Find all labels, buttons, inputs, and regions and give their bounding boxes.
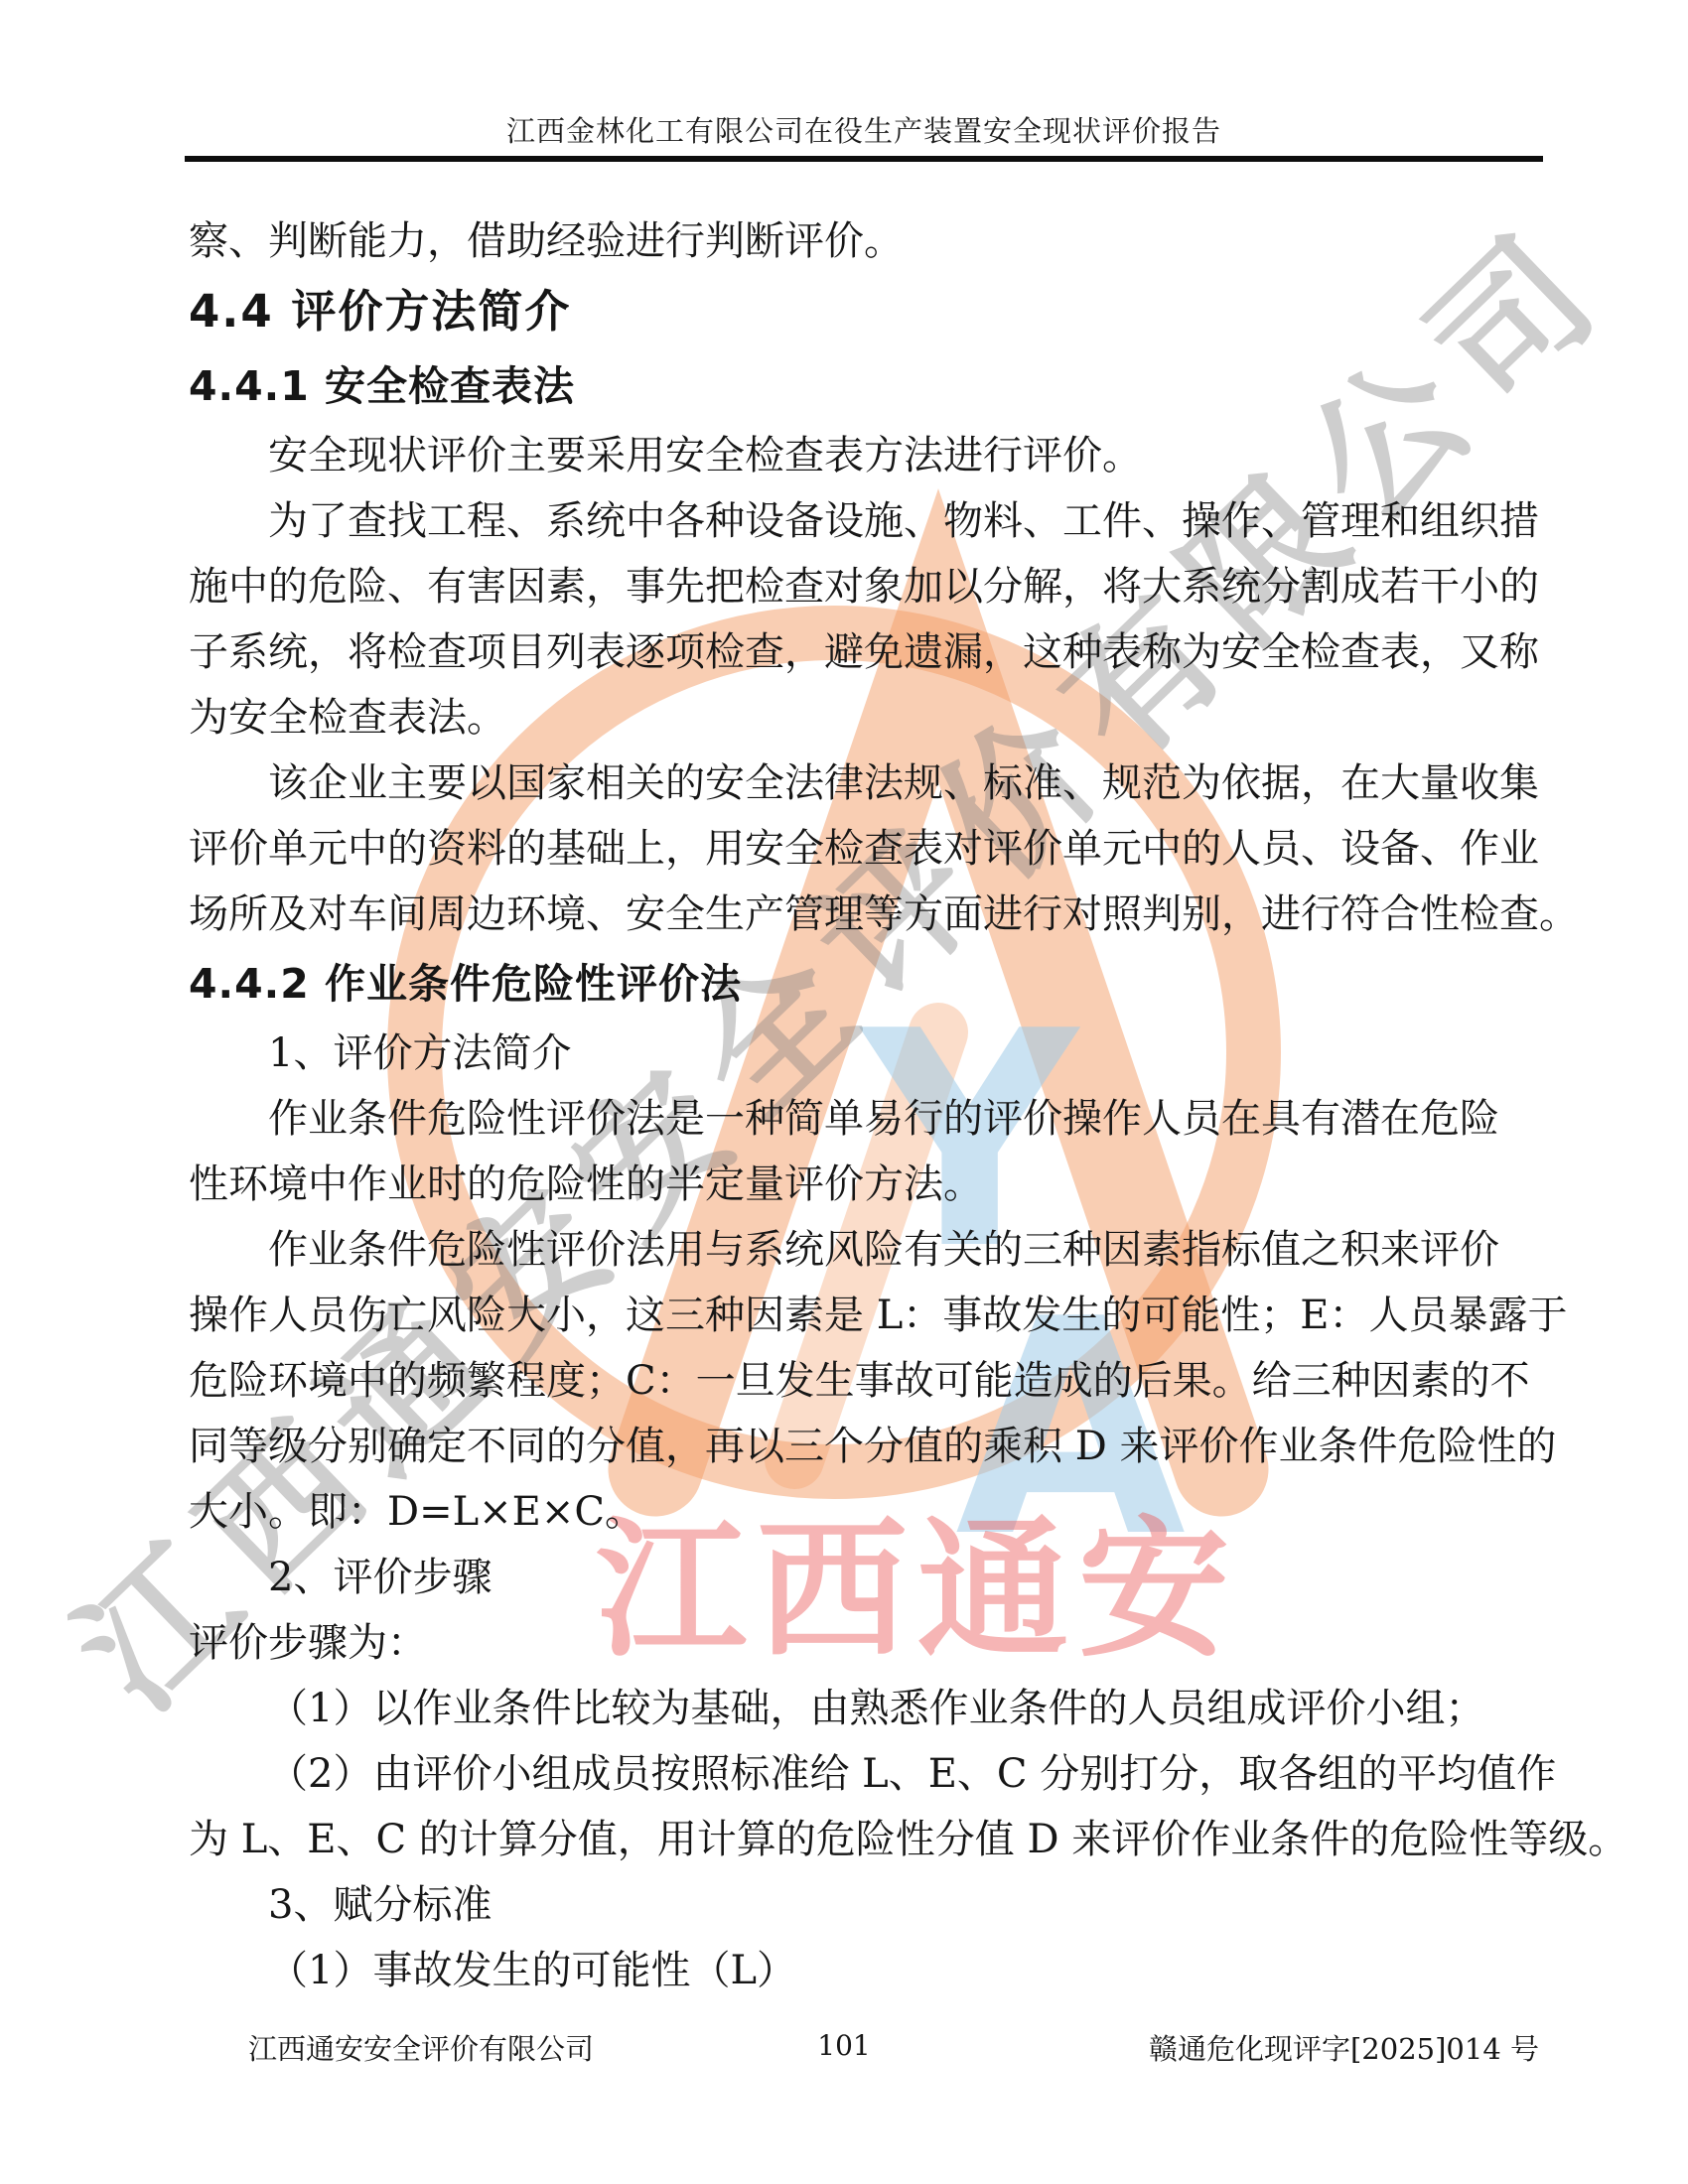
text-line: 作业条件危险性评价法是一种简单易行的评价操作人员在具有潜在危险	[189, 1086, 1543, 1152]
text-line: （1）以作业条件比较为基础，由熟悉作业条件的人员组成评价小组；	[189, 1676, 1543, 1741]
text-line: 性环境中作业时的危险性的半定量评价方法。	[189, 1152, 1543, 1217]
document-page: Y A 江西通安安全评价有限公司 江西通安 江西金林化工有限公司在役生产装置安全…	[0, 0, 1688, 2184]
text-line: 操作人员伤亡风险大小，这三种因素是 L：事故发生的可能性；E：人员暴露于	[189, 1283, 1543, 1348]
text-line: 场所及对车间周边环境、安全生产管理等方面进行对照判别，进行符合性检查。	[189, 882, 1543, 947]
page-header-title: 江西金林化工有限公司在役生产装置安全现状评价报告	[189, 109, 1539, 150]
text-line: 安全现状评价主要采用安全检查表方法进行评价。	[189, 423, 1543, 488]
text-line: 评价步骤为：	[189, 1610, 1543, 1676]
text-line: 危险环境中的频繁程度；C：一旦发生事故可能造成的后果。给三种因素的不	[189, 1348, 1543, 1414]
text-line: （2）由评价小组成员按照标准给 L、E、C 分别打分，取各组的平均值作	[189, 1741, 1543, 1807]
section-heading-4-4-2: 4.4.2 作业条件危险性评价法	[189, 947, 1543, 1021]
section-heading-4-4: 4.4 评价方法简介	[189, 274, 1543, 349]
text-line: 为 L、E、C 的计算分值，用计算的危险性分值 D 来评价作业条件的危险性等级。	[189, 1807, 1543, 1872]
text-line: 2、评价步骤	[189, 1545, 1543, 1610]
text-line: 评价单元中的资料的基础上，用安全检查表对评价单元中的人员、设备、作业	[189, 816, 1543, 882]
document-body: 察、判断能力，借助经验进行判断评价。 4.4 评价方法简介 4.4.1 安全检查…	[189, 208, 1543, 2003]
text-line: 该企业主要以国家相关的安全法律法规、标准、规范为依据，在大量收集	[189, 751, 1543, 816]
text-line: 1、评价方法简介	[189, 1021, 1543, 1086]
footer-doc-number: 赣通危化现评字[2025]014 号	[1149, 2027, 1539, 2068]
text-line: 作业条件危险性评价法用与系统风险有关的三种因素指标值之积来评价	[189, 1217, 1543, 1283]
text-line: 同等级分别确定不同的分值，再以三个分值的乘积 D 来评价作业条件危险性的	[189, 1414, 1543, 1479]
text-line: 子系统，将检查项目列表逐项检查，避免遗漏，这种表称为安全检查表，又称	[189, 619, 1543, 685]
section-heading-4-4-1: 4.4.1 安全检查表法	[189, 349, 1543, 423]
text-line: 3、赋分标准	[189, 1872, 1543, 1938]
text-line: 察、判断能力，借助经验进行判断评价。	[189, 208, 1543, 274]
text-line: （1）事故发生的可能性（L）	[189, 1938, 1543, 2003]
header-divider	[185, 156, 1543, 162]
text-line: 大小。即：D=L×E×C。	[189, 1479, 1543, 1545]
text-line: 施中的危险、有害因素，事先把检查对象加以分解，将大系统分割成若干小的	[189, 554, 1543, 619]
text-line: 为安全检查表法。	[189, 685, 1543, 751]
text-line: 为了查找工程、系统中各种设备设施、物料、工件、操作、管理和组织措	[189, 488, 1543, 554]
